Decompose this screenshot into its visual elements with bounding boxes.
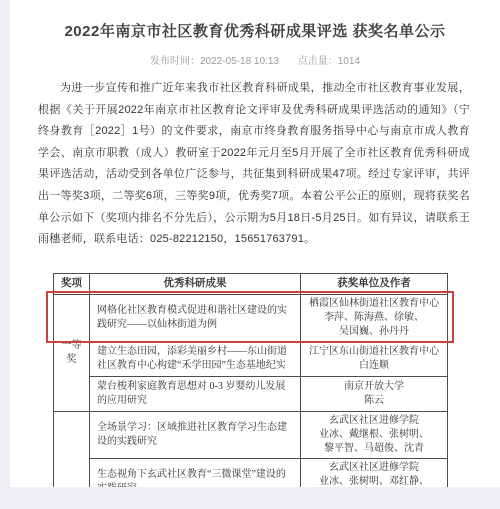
- winner-line: 白连顺: [305, 359, 443, 373]
- view-count: 点击量：1014: [298, 56, 360, 67]
- winner-line: 南京开放大学: [305, 380, 443, 394]
- meta-line: 发布时间：2022-05-18 10:13 点击量：1014: [10, 52, 500, 67]
- header-winner: 获奖单位及作者: [301, 274, 448, 295]
- winner-line: 陈云: [305, 394, 443, 408]
- winner-line: 玄武区社区进修学院: [305, 414, 443, 428]
- awards-table-wrap: 奖项 优秀科研成果 获奖单位及作者 一等奖 网格化社区教育模式促进和谐社区建设的…: [53, 273, 447, 487]
- achievement-cell: 生态视角下玄武社区教育“三微课堂”建设的实践研究: [90, 459, 301, 488]
- winner-line: 吴国巍、孙丹丹: [305, 325, 443, 339]
- achievement-cell: 全场景学习：区域推进社区教育学习生态建设的实践研究: [90, 412, 301, 459]
- winner-line: 江宁区东山街道社区教育中心: [305, 345, 443, 359]
- table-row: 建立生态田园，添彩美丽乡村——东山街道社区教育中心构建“禾学田园”生态基地纪实 …: [54, 342, 448, 377]
- announcement-paragraph: 为进一步宣传和推广近年来我市社区教育科研成果，推动全市社区教育事业发展，根据《关…: [38, 78, 470, 251]
- achievement-cell: 建立生态田园，添彩美丽乡村——东山街道社区教育中心构建“禾学田园”生态基地纪实: [90, 342, 301, 377]
- document-page: 2022年南京市社区教育优秀科研成果评选 获奖名单公示 发布时间：2022-05…: [10, 0, 500, 487]
- table-header-row: 奖项 优秀科研成果 获奖单位及作者: [54, 274, 448, 295]
- winner-line: 李萍、陈海燕、徐敏、: [305, 311, 443, 325]
- winner-cell: 栖霞区仙林街道社区教育中心 李萍、陈海燕、徐敏、 吴国巍、孙丹丹: [301, 295, 448, 342]
- table-row: 生态视角下玄武社区教育“三微课堂”建设的实践研究 玄武区社区进修学院 业冰、张树…: [54, 459, 448, 488]
- header-achievement: 优秀科研成果: [90, 274, 301, 295]
- winner-line: 业冰、戴继根、张树明、: [305, 428, 443, 442]
- achievement-cell: 蒙台梭利家庭教育思想对 0-3 岁婴幼儿发展的应用研究: [90, 377, 301, 412]
- winner-line: 业冰、张树明、邓红静、: [305, 475, 443, 487]
- winner-cell: 南京开放大学 陈云: [301, 377, 448, 412]
- publish-time: 发布时间：2022-05-18 10:13: [150, 56, 279, 67]
- winner-line: 黎平智、马超俊、沈青: [305, 442, 443, 456]
- table-row: 全场景学习：区域推进社区教育学习生态建设的实践研究 玄武区社区进修学院 业冰、戴…: [54, 412, 448, 459]
- winner-line: 玄武区社区进修学院: [305, 461, 443, 475]
- award-cell-first-prize: 一等奖: [54, 295, 90, 412]
- winner-line: 栖霞区仙林街道社区教育中心: [305, 297, 443, 311]
- winner-cell: 玄武区社区进修学院 业冰、戴继根、张树明、 黎平智、马超俊、沈青: [301, 412, 448, 459]
- table-row: 一等奖 网格化社区教育模式促进和谐社区建设的实践研究——以仙林街道为例 栖霞区仙…: [54, 295, 448, 342]
- award-cell-empty: [54, 412, 90, 488]
- winner-cell: 江宁区东山街道社区教育中心 白连顺: [301, 342, 448, 377]
- awards-table: 奖项 优秀科研成果 获奖单位及作者 一等奖 网格化社区教育模式促进和谐社区建设的…: [53, 273, 448, 487]
- winner-cell: 玄武区社区进修学院 业冰、张树明、邓红静、 马超俊、沈青、陈敏: [301, 459, 448, 488]
- header-award: 奖项: [54, 274, 90, 295]
- table-row: 蒙台梭利家庭教育思想对 0-3 岁婴幼儿发展的应用研究 南京开放大学 陈云: [54, 377, 448, 412]
- page-title: 2022年南京市社区教育优秀科研成果评选 获奖名单公示: [10, 20, 500, 41]
- achievement-cell: 网格化社区教育模式促进和谐社区建设的实践研究——以仙林街道为例: [90, 295, 301, 342]
